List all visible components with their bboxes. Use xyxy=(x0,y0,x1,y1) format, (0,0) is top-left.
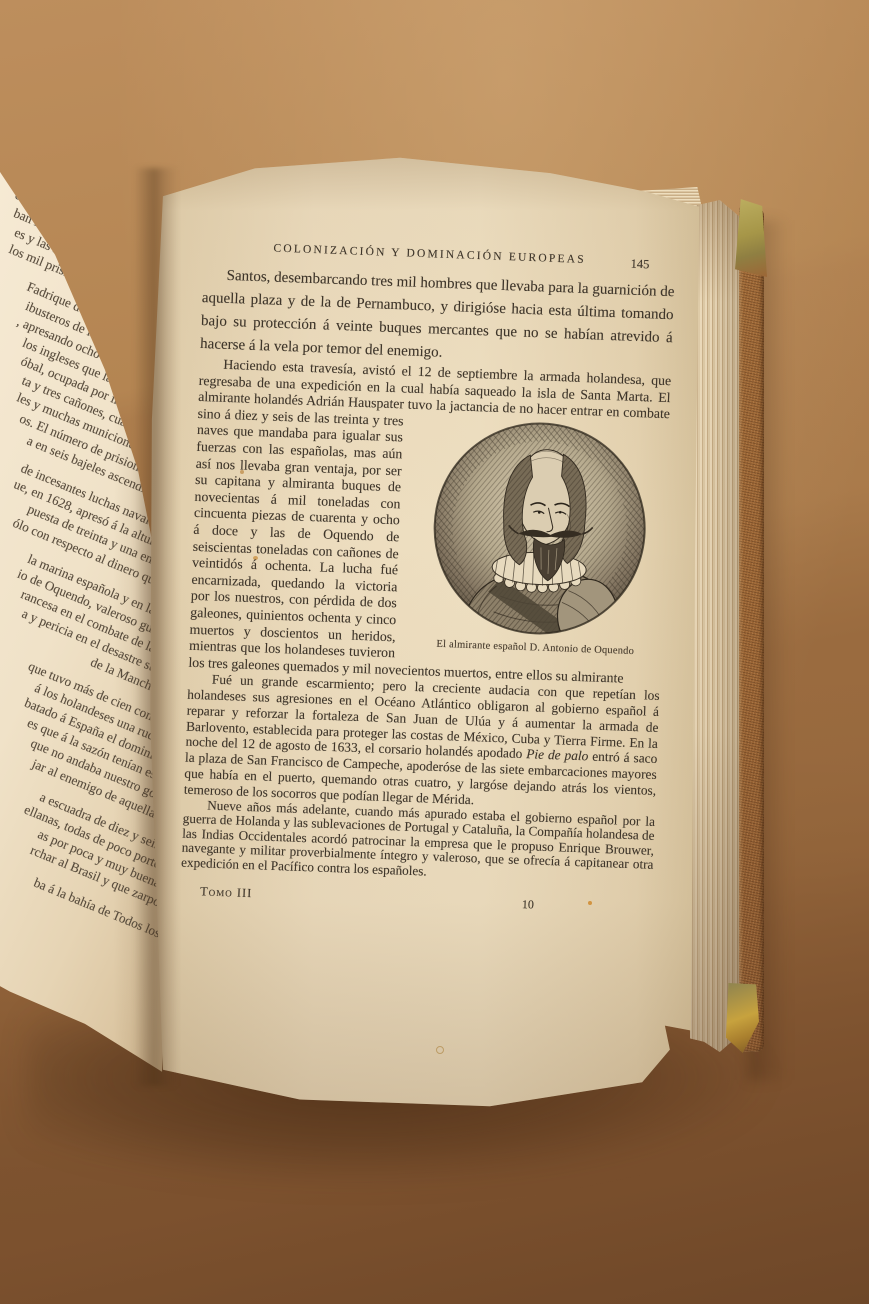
portrait-figure: El almirante español D. Antonio de Oquen… xyxy=(409,417,669,662)
page-content: COLONIZACIÓN Y DOMINACIÓN EUROPEAS 145 S… xyxy=(180,240,676,916)
page-footer: Tomo III 10 xyxy=(180,883,652,916)
signature-number: 10 xyxy=(522,897,535,912)
page-block-fore-edge xyxy=(690,200,744,1052)
book-photograph: con singular denuedo; pero alo, hubo de … xyxy=(0,0,869,1304)
figure-caption: El almirante español D. Antonio de Oquen… xyxy=(409,636,661,662)
portrait-engraving xyxy=(429,417,651,639)
running-header: COLONIZACIÓN Y DOMINACIÓN EUROPEAS 145 xyxy=(214,240,646,268)
volume-label: Tomo III xyxy=(200,884,253,900)
running-header-title: COLONIZACIÓN Y DOMINACIÓN EUROPEAS xyxy=(273,243,586,266)
gutter-shadow xyxy=(134,168,178,1086)
book-cover-edge xyxy=(739,206,764,1052)
paragraph: Haciendo esta travesía, avistó el 12 de … xyxy=(188,356,671,688)
paragraph: Santos, desembarcando tres mil hombres q… xyxy=(200,264,675,373)
foxing-speck xyxy=(436,1046,444,1054)
paragraph: Fué un grande escarmiento; pero la creci… xyxy=(184,671,660,815)
ship-nickname: Pie de palo xyxy=(526,747,589,764)
paragraph: Nueve años más adelante, cuando más apur… xyxy=(181,797,655,887)
right-page: COLONIZACIÓN Y DOMINACIÓN EUROPEAS 145 S… xyxy=(148,153,702,1113)
page-number: 145 xyxy=(630,257,649,273)
